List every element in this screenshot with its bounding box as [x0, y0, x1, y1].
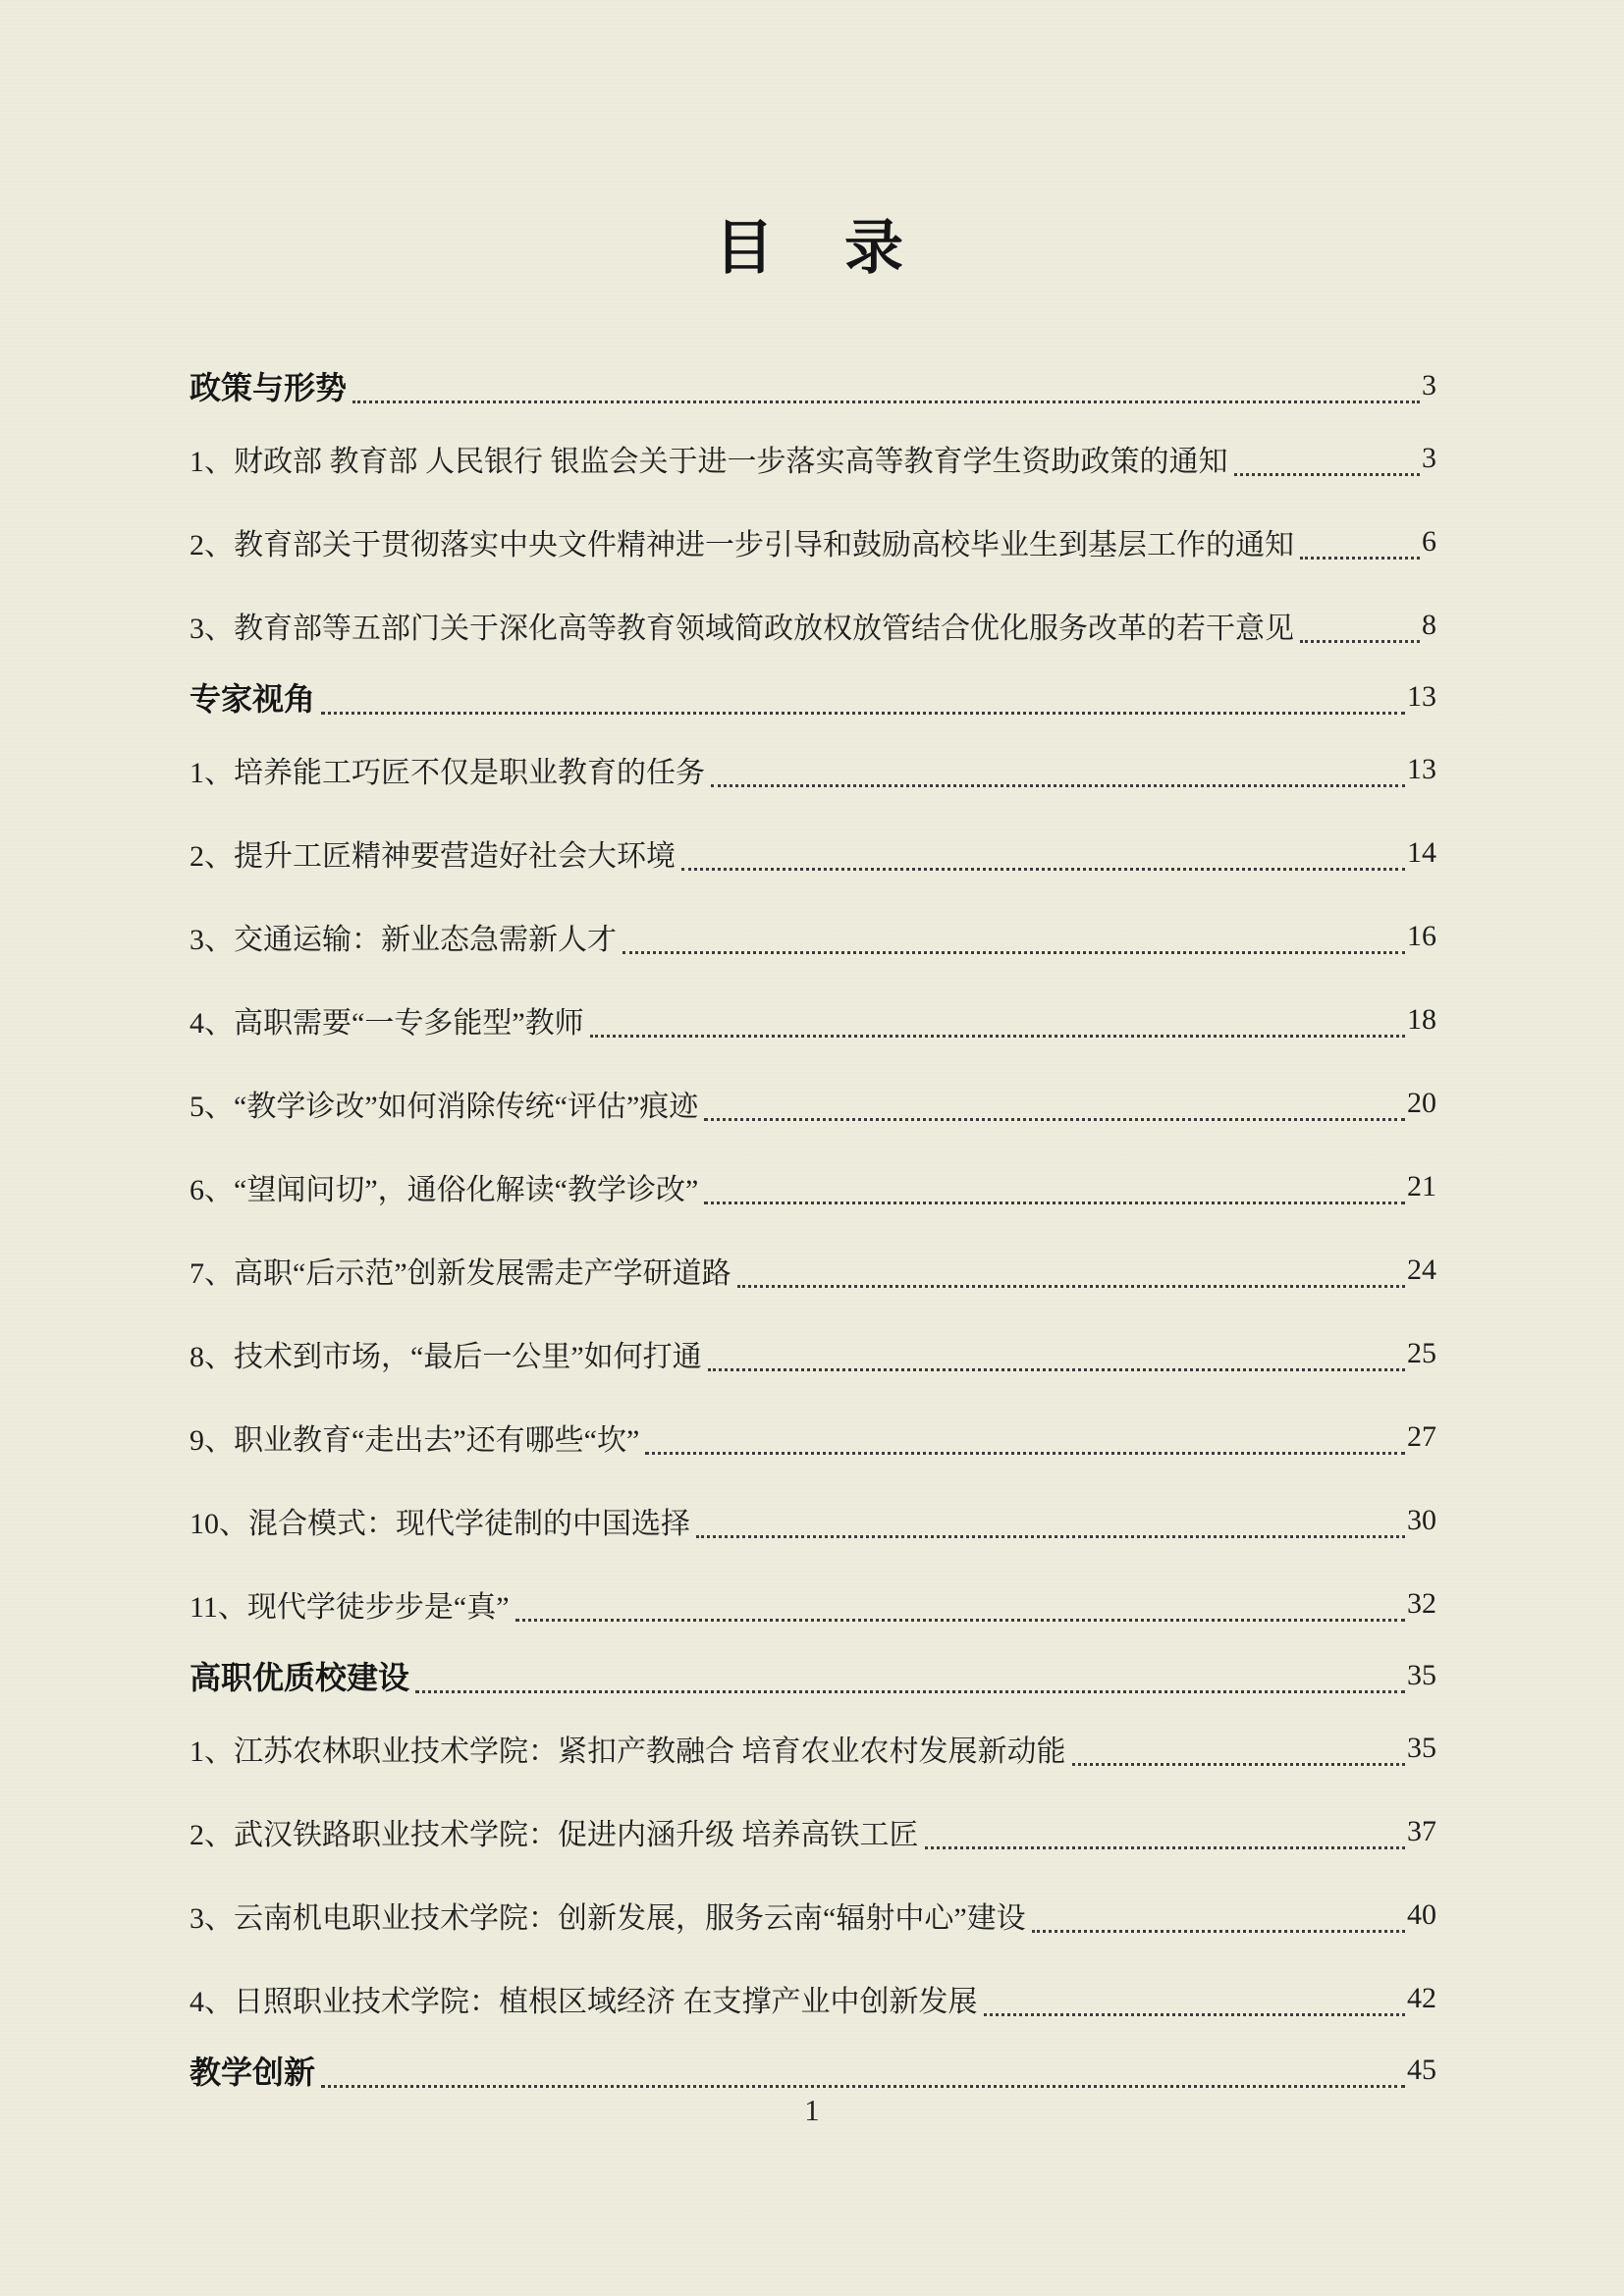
toc-page-number: 35	[1407, 1659, 1436, 1692]
toc-item-row[interactable]: 1、江苏农林职业技术学院：紧扣产教融合 培育农业农村发展新动能 35	[189, 1706, 1436, 1789]
toc-item-row[interactable]: 11、现代学徒步步是“真” 32	[189, 1562, 1436, 1645]
toc-item-label: 4、日照职业技术学院：植根区域经济 在支撑产业中创新发展	[189, 1977, 978, 2020]
toc-page-number: 37	[1407, 1815, 1436, 1848]
dot-leader	[681, 868, 1405, 871]
toc-item-row[interactable]: 4、日照职业技术学院：植根区域经济 在支撑产业中创新发展 42	[189, 1956, 1436, 2040]
dot-leader	[1032, 1930, 1405, 1933]
toc-page-number: 35	[1407, 1732, 1436, 1765]
toc-page-number: 21	[1407, 1170, 1436, 1203]
dot-leader	[321, 2085, 1405, 2088]
toc-section-row[interactable]: 政策与形势 3	[189, 355, 1436, 416]
toc-item-row[interactable]: 3、教育部等五部门关于深化高等教育领域简政放权放管结合优化服务改革的若干意见 8	[189, 583, 1436, 667]
dot-leader	[352, 400, 1420, 403]
toc-list: 政策与形势 3 1、财政部 教育部 人民银行 银监会关于进一步落实高等教育学生资…	[189, 355, 1436, 2101]
toc-item-label: 2、提升工匠精神要营造好社会大环境	[189, 831, 676, 875]
toc-item-row[interactable]: 9、职业教育“走出去”还有哪些“坎” 27	[189, 1395, 1436, 1478]
footer-page-number: 1	[0, 2093, 1624, 2128]
page-title: 目 录	[0, 201, 1624, 286]
dot-leader	[708, 1368, 1405, 1371]
dot-leader	[321, 712, 1405, 715]
toc-item-label: 1、财政部 教育部 人民银行 银监会关于进一步落实高等教育学生资助政策的通知	[189, 437, 1228, 480]
toc-item-label: 5、“教学诊改”如何消除传统“评估”痕迹	[189, 1082, 698, 1125]
toc-page-number: 3	[1422, 442, 1436, 475]
dot-leader	[737, 1285, 1405, 1288]
toc-item-label: 11、现代学徒步步是“真”	[189, 1582, 510, 1626]
dot-leader	[1234, 473, 1421, 476]
toc-section-label: 专家视角	[189, 674, 315, 720]
toc-page-number: 30	[1407, 1504, 1436, 1537]
toc-item-label: 2、武汉铁路职业技术学院：促进内涵升级 培养高铁工匠	[189, 1810, 919, 1853]
toc-item-row[interactable]: 6、“望闻问切”，通俗化解读“教学诊改” 21	[189, 1145, 1436, 1228]
toc-item-label: 7、高职“后示范”创新发展需走产学研道路	[189, 1249, 731, 1292]
toc-item-label: 3、云南机电职业技术学院：创新发展，服务云南“辐射中心”建设	[189, 1894, 1026, 1937]
toc-item-label: 2、教育部关于贯彻落实中央文件精神进一步引导和鼓励高校毕业生到基层工作的通知	[189, 520, 1294, 563]
toc-item-row[interactable]: 1、财政部 教育部 人民银行 银监会关于进一步落实高等教育学生资助政策的通知 3	[189, 416, 1436, 500]
toc-item-row[interactable]: 2、武汉铁路职业技术学院：促进内涵升级 培养高铁工匠 37	[189, 1789, 1436, 1873]
toc-section-row[interactable]: 高职优质校建设 35	[189, 1645, 1436, 1706]
toc-item-row[interactable]: 2、提升工匠精神要营造好社会大环境 14	[189, 811, 1436, 894]
dot-leader	[645, 1452, 1405, 1455]
toc-item-row[interactable]: 7、高职“后示范”创新发展需走产学研道路 24	[189, 1228, 1436, 1311]
toc-page-number: 32	[1407, 1587, 1436, 1621]
dot-leader	[590, 1035, 1405, 1038]
toc-page-number: 14	[1407, 836, 1436, 870]
toc-item-label: 8、技术到市场，“最后一公里”如何打通	[189, 1332, 702, 1375]
toc-section-label: 高职优质校建设	[189, 1653, 409, 1698]
document-page: 目 录 政策与形势 3 1、财政部 教育部 人民银行 银监会关于进一步落实高等教…	[0, 0, 1624, 2296]
toc-item-row[interactable]: 10、混合模式：现代学徒制的中国选择 30	[189, 1478, 1436, 1562]
dot-leader	[623, 951, 1405, 954]
toc-page-number: 45	[1407, 2054, 1436, 2087]
toc-section-label: 教学创新	[189, 2048, 315, 2093]
dot-leader	[1300, 640, 1420, 643]
dot-leader	[711, 784, 1405, 787]
dot-leader	[1300, 557, 1420, 560]
toc-item-label: 1、培养能工巧匠不仅是职业教育的任务	[189, 748, 705, 791]
toc-item-label: 3、教育部等五部门关于深化高等教育领域简政放权放管结合优化服务改革的若干意见	[189, 604, 1294, 647]
toc-page-number: 13	[1407, 680, 1436, 714]
toc-item-row[interactable]: 3、交通运输：新业态急需新人才 16	[189, 894, 1436, 978]
toc-item-label: 3、交通运输：新业态急需新人才	[189, 915, 617, 958]
toc-page-number: 40	[1407, 1898, 1436, 1932]
toc-item-label: 6、“望闻问切”，通俗化解读“教学诊改”	[189, 1165, 698, 1208]
dot-leader	[1072, 1763, 1406, 1766]
toc-page-number: 8	[1422, 609, 1436, 642]
toc-item-row[interactable]: 1、培养能工巧匠不仅是职业教育的任务 13	[189, 727, 1436, 811]
toc-page-number: 18	[1407, 1003, 1436, 1037]
toc-item-row[interactable]: 3、云南机电职业技术学院：创新发展，服务云南“辐射中心”建设 40	[189, 1873, 1436, 1956]
dot-leader	[704, 1201, 1405, 1204]
toc-item-row[interactable]: 4、高职需要“一专多能型”教师 18	[189, 978, 1436, 1061]
toc-section-row[interactable]: 教学创新 45	[189, 2040, 1436, 2101]
toc-item-label: 1、江苏农林职业技术学院：紧扣产教融合 培育农业农村发展新动能	[189, 1727, 1066, 1770]
toc-page-number: 20	[1407, 1087, 1436, 1120]
dot-leader	[415, 1690, 1405, 1693]
toc-item-label: 9、职业教育“走出去”还有哪些“坎”	[189, 1415, 639, 1459]
toc-item-label: 4、高职需要“一专多能型”教师	[189, 998, 584, 1041]
dot-leader	[984, 2013, 1406, 2016]
toc-page-number: 27	[1407, 1420, 1436, 1454]
toc-page-number: 16	[1407, 920, 1436, 953]
dot-leader	[925, 1846, 1406, 1849]
dot-leader	[696, 1535, 1405, 1538]
toc-page-number: 25	[1407, 1337, 1436, 1370]
toc-page-number: 24	[1407, 1254, 1436, 1287]
toc-item-row[interactable]: 5、“教学诊改”如何消除传统“评估”痕迹 20	[189, 1061, 1436, 1145]
toc-item-label: 10、混合模式：现代学徒制的中国选择	[189, 1499, 690, 1542]
toc-section-label: 政策与形势	[189, 363, 347, 408]
toc-item-row[interactable]: 2、教育部关于贯彻落实中央文件精神进一步引导和鼓励高校毕业生到基层工作的通知 6	[189, 500, 1436, 583]
toc-item-row[interactable]: 8、技术到市场，“最后一公里”如何打通 25	[189, 1311, 1436, 1395]
dot-leader	[515, 1619, 1405, 1622]
toc-page-number: 3	[1422, 369, 1436, 402]
dot-leader	[704, 1118, 1405, 1121]
toc-page-number: 6	[1422, 525, 1436, 559]
toc-page-number: 13	[1407, 753, 1436, 786]
toc-section-row[interactable]: 专家视角 13	[189, 667, 1436, 727]
toc-page-number: 42	[1407, 1982, 1436, 2015]
